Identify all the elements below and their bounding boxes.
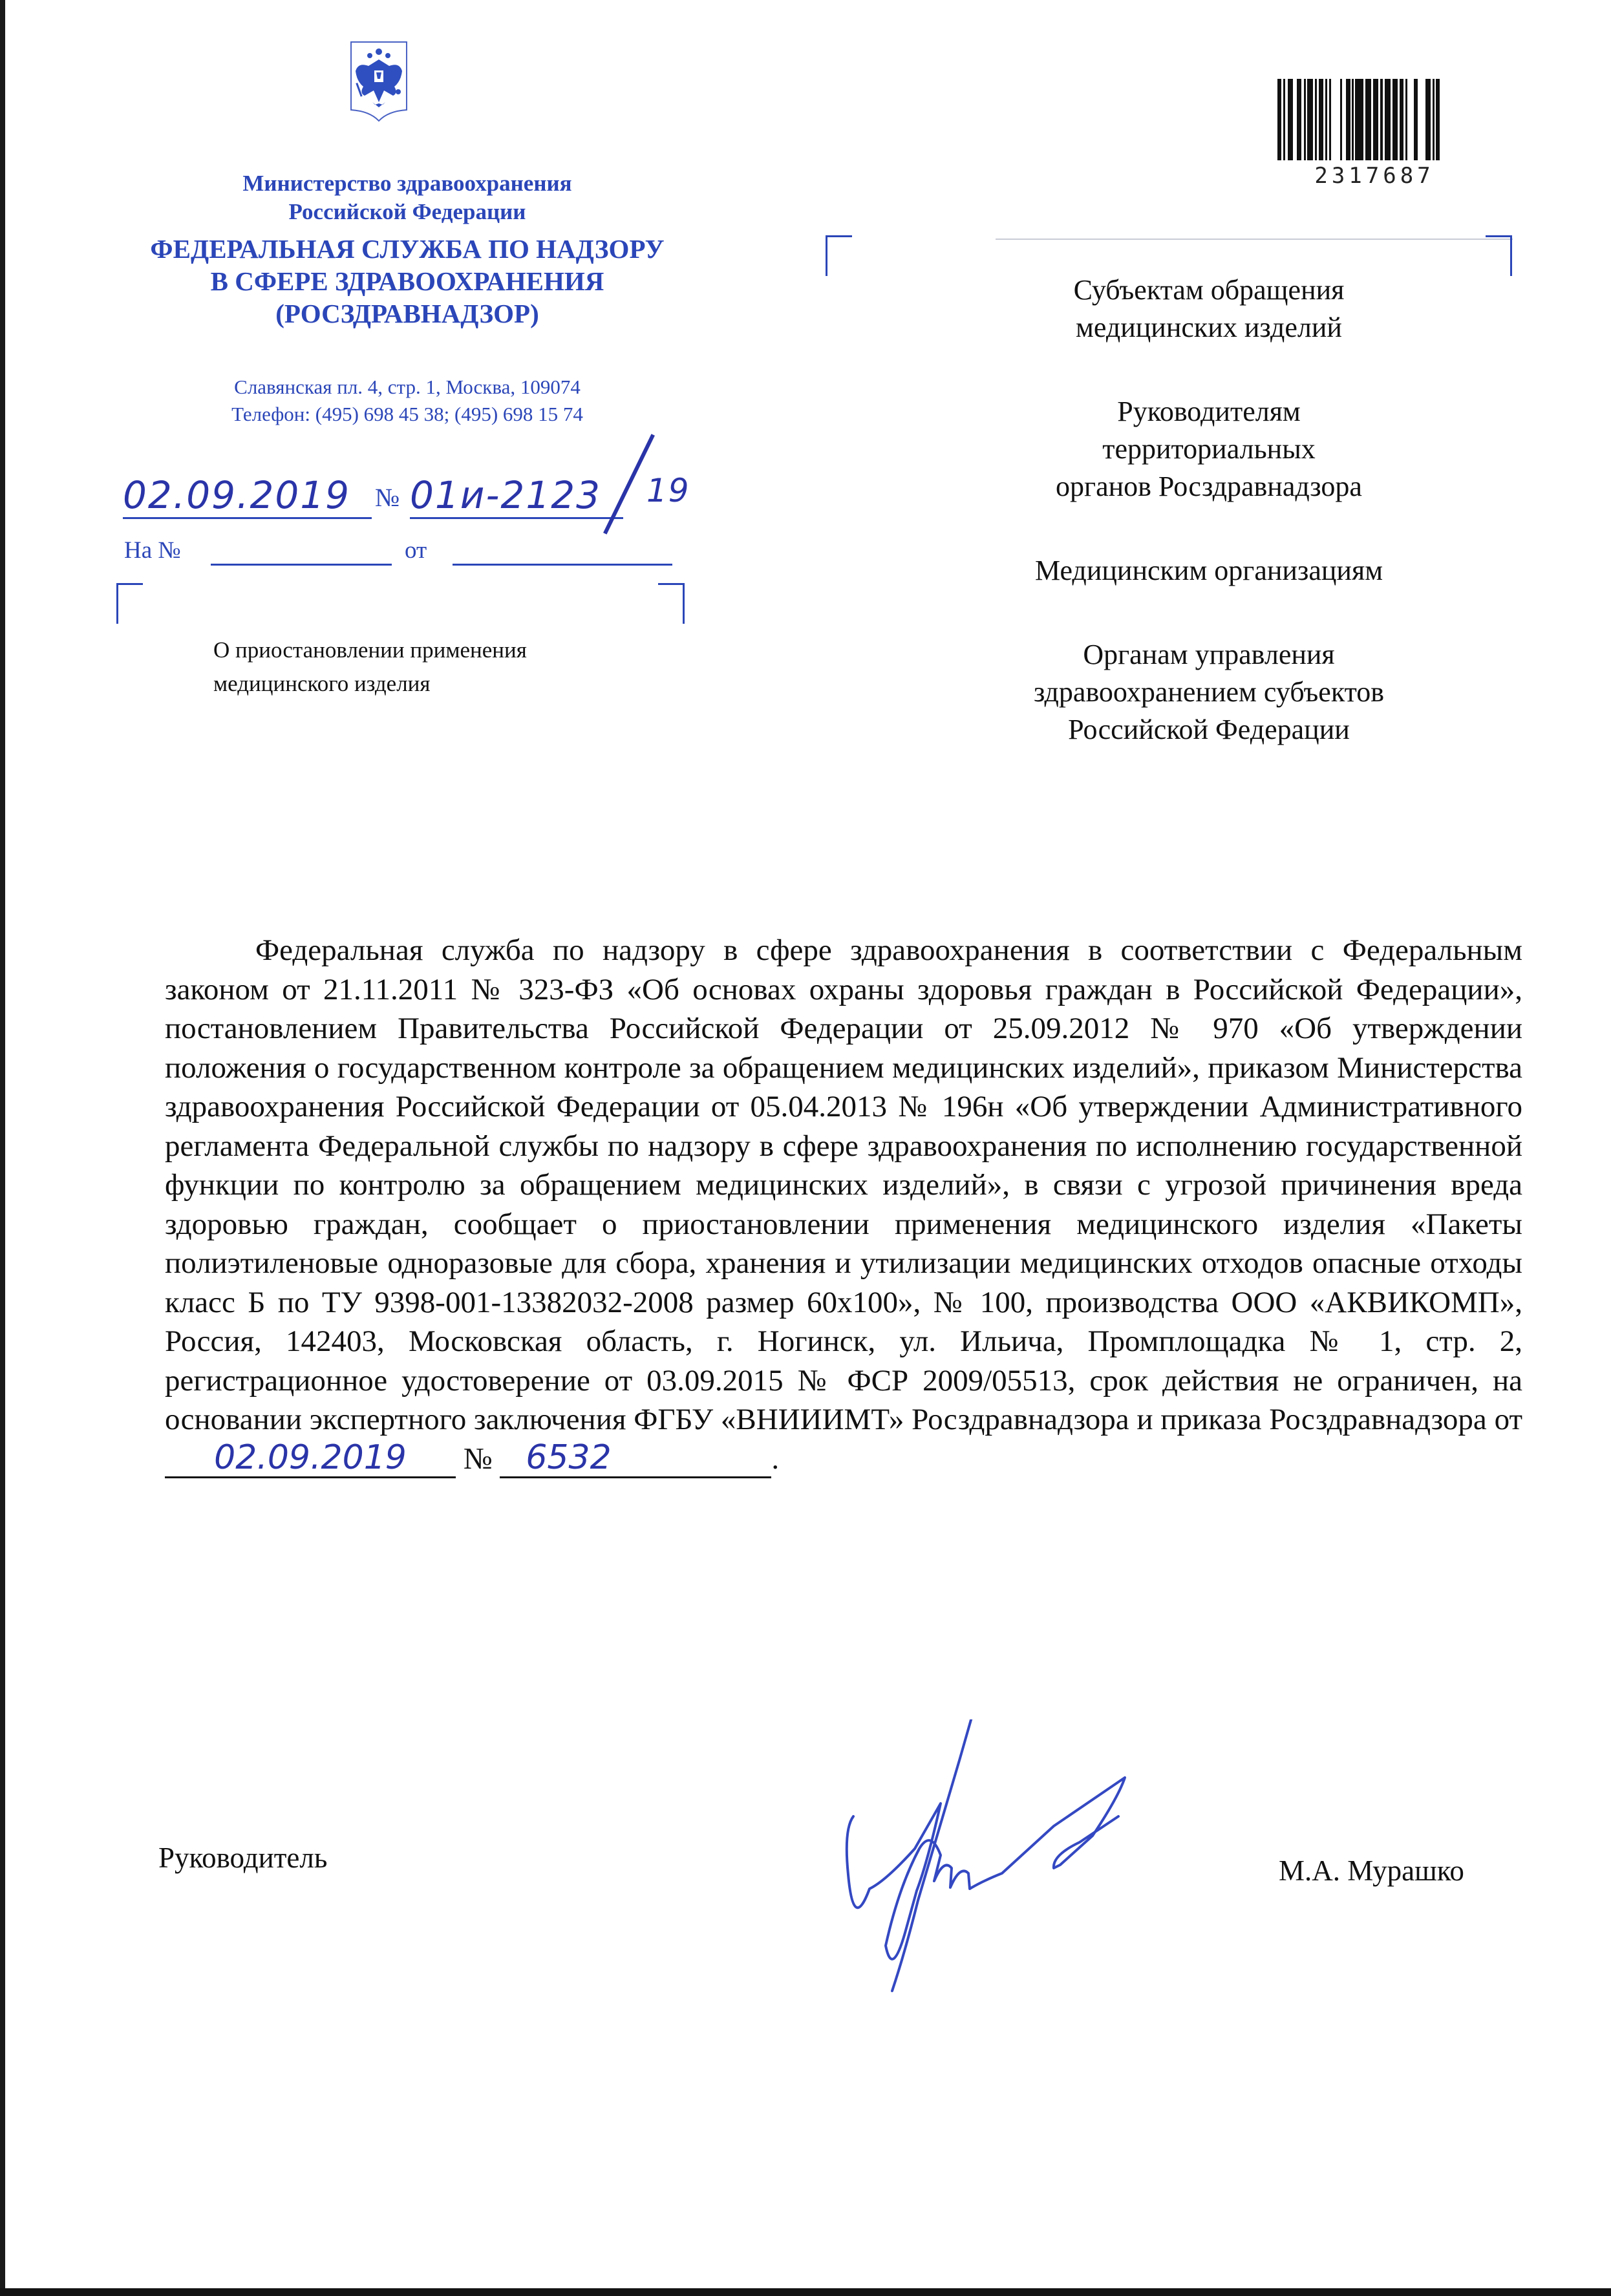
barcode-number: 2317687 — [1277, 163, 1471, 189]
sender-address: Славянская пл. 4, стр. 1, Москва, 109074… — [142, 374, 672, 428]
addressee-item: Медицинским организациям — [937, 552, 1480, 590]
body-paragraph: Федеральная служба по надзору в сфере зд… — [165, 933, 1522, 1436]
ministry-name: Министерство здравоохранения Российской … — [155, 169, 659, 226]
letter-body: Федеральная служба по надзору в сфере зд… — [165, 931, 1522, 1478]
handwritten-signature — [808, 1719, 1144, 2185]
registration-number-suffix: 19 — [646, 472, 690, 509]
letter-subject: О приостановлении применения медицинског… — [213, 633, 679, 701]
scan-artifact-line — [996, 239, 1513, 240]
order-number: 6532 — [500, 1438, 611, 1477]
reference-number-label: На № — [124, 537, 181, 564]
order-date-field: 02.09.2019 — [165, 1440, 456, 1478]
order-date: 02.09.2019 — [214, 1438, 407, 1477]
addressee-bracket-top-right — [1486, 235, 1512, 276]
barcode — [1277, 79, 1471, 160]
phone-line: Телефон: (495) 698 45 38; (495) 698 15 7… — [142, 401, 672, 428]
addressee-item: Руководителям территориальных органов Ро… — [937, 393, 1480, 505]
addressee-item: Органам управления здравоохранением субъ… — [937, 636, 1480, 749]
order-number-sign: № — [464, 1442, 493, 1476]
reference-from-label: от — [405, 537, 427, 564]
number-sign: № — [375, 482, 400, 513]
addressee-item: Субъектам обращения медицинских изделий — [937, 271, 1480, 346]
scan-edge-bottom — [0, 2288, 1611, 2296]
bracket-top-right — [658, 583, 685, 624]
order-number-field: 6532 — [500, 1440, 771, 1478]
signatory-name: М.А. Мурашко — [1279, 1854, 1464, 1887]
registration-date: 02.09.2019 — [123, 473, 372, 519]
coat-of-arms-icon — [349, 40, 409, 123]
addressee-list: Субъектам обращения медицинских изделий … — [937, 271, 1480, 795]
addressee-bracket-top-left — [826, 235, 852, 276]
signatory-title: Руководитель — [158, 1841, 327, 1875]
bracket-top-left — [116, 583, 143, 624]
scan-edge-left — [0, 0, 5, 2296]
registration-number: 01и-2123 — [410, 473, 623, 519]
reference-number-blank — [211, 564, 392, 566]
service-name: ФЕДЕРАЛЬНАЯ СЛУЖБА ПО НАДЗОРУ В СФЕРЕ ЗД… — [110, 233, 705, 330]
reference-row: На № от — [116, 537, 827, 575]
registration-row: 02.09.2019 № 01и-2123 19 — [116, 467, 827, 525]
body-end-period: . — [771, 1442, 779, 1476]
reference-date-blank — [453, 564, 672, 566]
address-line: Славянская пл. 4, стр. 1, Москва, 109074 — [142, 374, 672, 401]
